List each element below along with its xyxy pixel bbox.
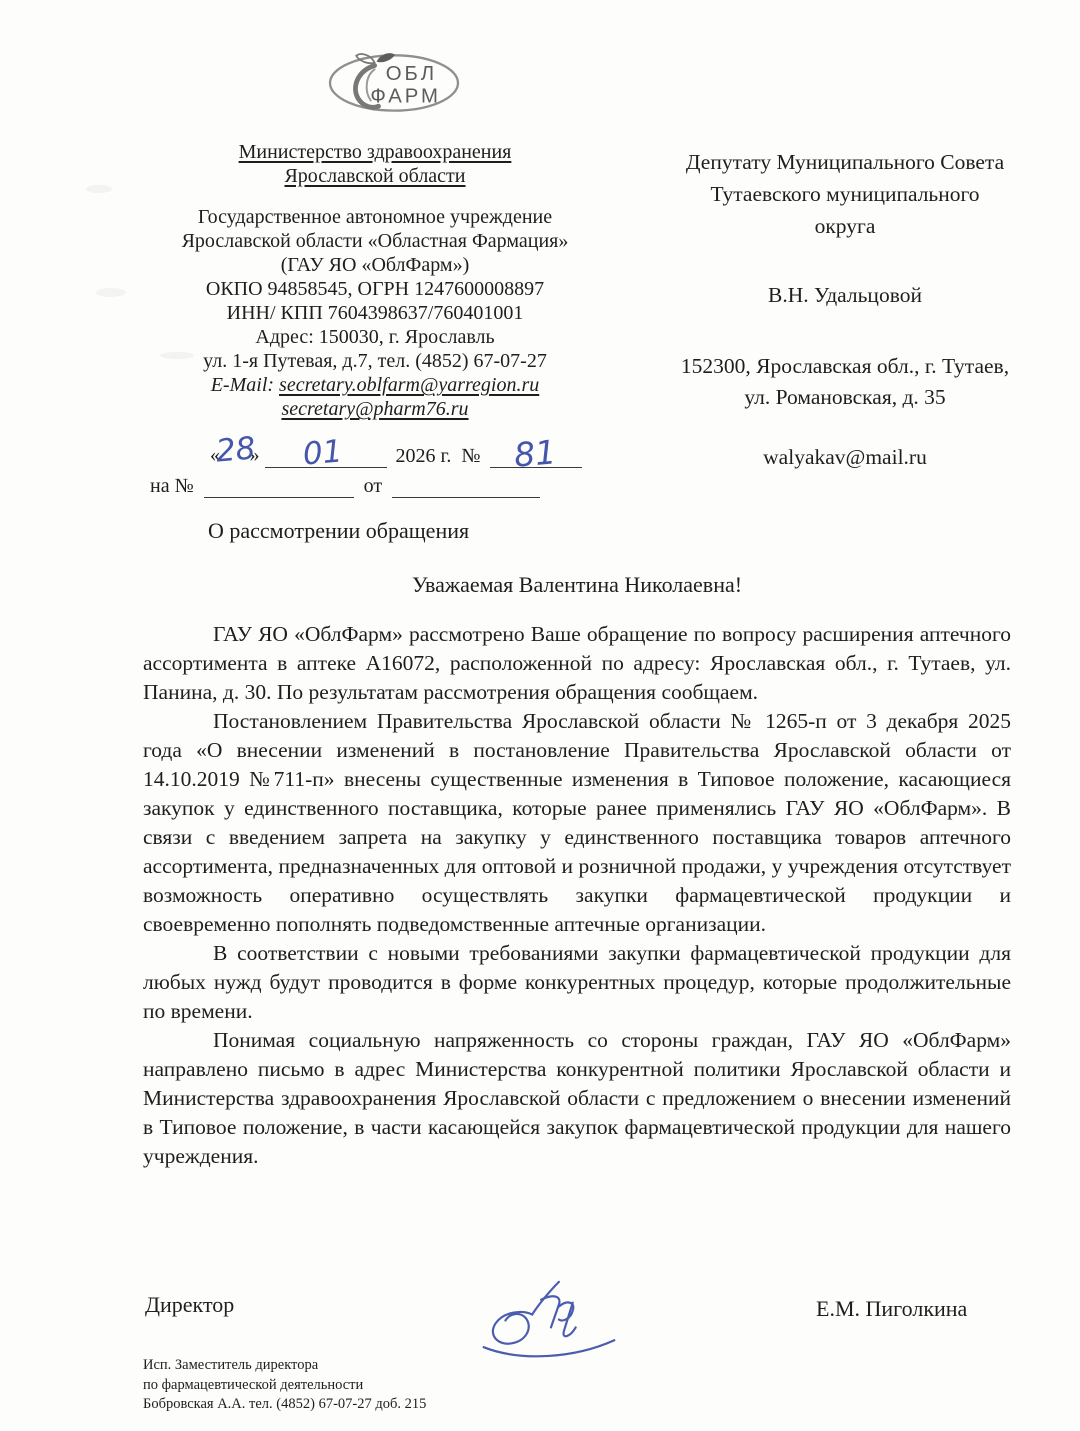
- org-email-1: secretary.oblfarm@yarregion.ru: [279, 374, 539, 396]
- number-blank: 81: [490, 467, 582, 468]
- org-line: Адрес: 150030, г. Ярославль: [138, 325, 612, 349]
- addressee-name: В.Н. Удальцовой: [622, 279, 1068, 311]
- email-line-2: secretary@pharm76.ru: [138, 397, 612, 421]
- oblfarm-logo-graphic: ОБЛ ФАРМ: [326, 50, 462, 114]
- reference-date-blank: [392, 497, 540, 498]
- addressee-email: walyakav@mail.ru: [622, 441, 1068, 473]
- body-paragraph: ГАУ ЯО «ОблФарм» рассмотрено Ваше обраще…: [143, 620, 1011, 707]
- addressee-title-line: округа: [622, 210, 1068, 242]
- reference-from-label: от: [364, 475, 382, 498]
- year-number-label: 2026 г. №: [395, 445, 480, 468]
- executor-footer: Исп. Заместитель директора по фармацевти…: [143, 1356, 426, 1415]
- scan-smudge: [86, 185, 112, 193]
- org-email-2: secretary@pharm76.ru: [281, 398, 468, 420]
- addressee-address-line: ул. Романовская, д. 35: [622, 382, 1068, 413]
- scan-smudge: [96, 288, 126, 297]
- reference-line: на № от: [150, 470, 620, 498]
- ministry-heading: Министерство здравоохранения Ярославской…: [138, 140, 612, 188]
- scan-edge-shadow: [0, 0, 9, 1431]
- letter-body: ГАУ ЯО «ОблФарм» рассмотрено Ваше обраще…: [143, 620, 1011, 1171]
- addressee-address: 152300, Ярославская обл., г. Тутаев, ул.…: [622, 351, 1068, 413]
- logo-text-top: ОБЛ: [386, 63, 437, 85]
- addressee-title-line: Тутаевского муниципального: [622, 178, 1068, 210]
- footer-line: Исп. Заместитель директора: [143, 1356, 426, 1376]
- body-paragraph: В соответствии с новыми требованиями зак…: [143, 939, 1011, 1026]
- addressee-address-line: 152300, Ярославская обл., г. Тутаев,: [622, 351, 1068, 382]
- org-line: (ГАУ ЯО «ОблФарм»): [138, 253, 612, 277]
- signer-position: Директор: [145, 1292, 234, 1318]
- signature-ink: [462, 1270, 634, 1364]
- reference-number-blank: [204, 497, 354, 498]
- organization-details: Государственное автономное учреждение Яр…: [138, 205, 612, 421]
- handwritten-month: 01: [302, 436, 344, 470]
- scanned-letter-page: ОБЛ ФАРМ Министерство здравоохранения Яр…: [0, 0, 1080, 1431]
- ministry-line: Ярославской области: [138, 164, 612, 188]
- month-blank: 01: [265, 467, 387, 468]
- body-paragraph: Постановлением Правительства Ярославской…: [143, 707, 1011, 939]
- signature-autograph: [462, 1270, 634, 1364]
- leaf-right-icon: [377, 53, 395, 62]
- ministry-line: Министерство здравоохранения: [138, 140, 612, 164]
- org-line: Государственное автономное учреждение: [138, 205, 612, 229]
- org-line: ИНН/ КПП 7604398637/760401001: [138, 301, 612, 325]
- org-line: Ярославской области «Областная Фармация»: [138, 229, 612, 253]
- signer-name: Е.М. Пиголкина: [816, 1296, 967, 1322]
- greeting-line: Уважаемая Валентина Николаевна!: [143, 572, 1011, 598]
- oblfarm-logo: ОБЛ ФАРМ: [326, 50, 462, 114]
- logo-text-bottom: ФАРМ: [370, 85, 441, 107]
- addressee-block: Депутату Муниципального Совета Тутаевско…: [622, 146, 1068, 473]
- org-line: ул. 1-я Путевая, д.7, тел. (4852) 67-07-…: [138, 349, 612, 373]
- addressee-title-line: Депутату Муниципального Совета: [622, 146, 1068, 178]
- org-line: ОКПО 94858545, ОГРН 1247600008897: [138, 277, 612, 301]
- letterhead: Министерство здравоохранения Ярославской…: [138, 140, 612, 421]
- addressee-title: Депутату Муниципального Совета Тутаевско…: [622, 146, 1068, 242]
- reference-prefix: на №: [150, 475, 194, 498]
- body-paragraph: Понимая социальную напряженность со стор…: [143, 1026, 1011, 1171]
- date-line: «28» 01 2026 г. № 81: [150, 424, 620, 468]
- footer-line: Бобровская А.А. тел. (4852) 67-07-27 доб…: [143, 1395, 426, 1415]
- date-number-block: «28» 01 2026 г. № 81 на № от: [150, 424, 620, 498]
- email-label: E-Mail:: [211, 374, 279, 396]
- handwritten-number: 81: [513, 435, 558, 472]
- email-line-1: E-Mail: secretary.oblfarm@yarregion.ru: [138, 373, 612, 397]
- footer-line: по фармацевтической деятельности: [143, 1376, 426, 1396]
- subject-line: О рассмотрении обращения: [208, 518, 469, 544]
- handwritten-day: 28: [215, 433, 257, 467]
